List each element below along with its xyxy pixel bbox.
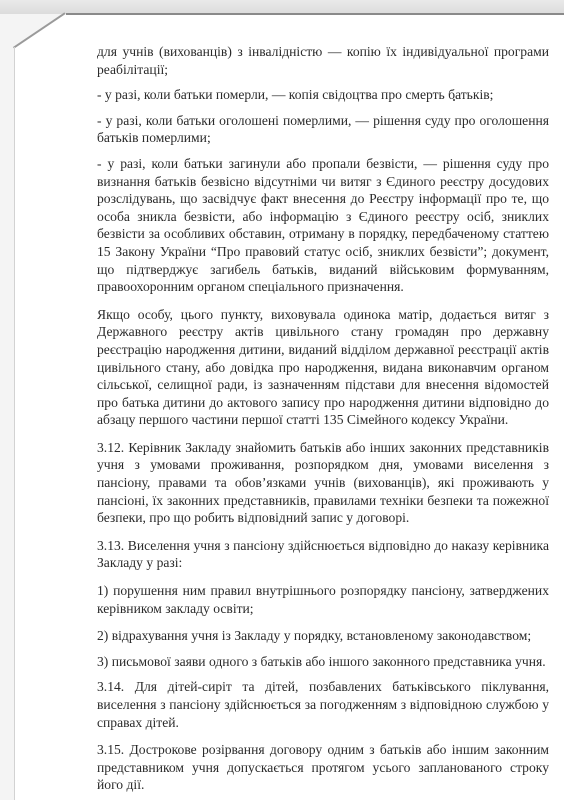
scanner-background bbox=[0, 0, 564, 14]
paragraph-disability-program: для учнів (вихованців) з інвалідністю — … bbox=[97, 43, 549, 78]
paragraph-single-mother: Якщо особу, цього пункту, виховувала оди… bbox=[97, 306, 549, 429]
paragraph-parents-deceased: - у разі, коли батьки померли, — копія с… bbox=[97, 86, 549, 104]
clause-3-14: 3.14. Для дітей-сиріт та дітей, позбавле… bbox=[97, 678, 549, 731]
document-body: для учнів (вихованців) з інвалідністю — … bbox=[97, 43, 549, 800]
clause-3-13-item-3: 3) письмової заяви одного з батьків або … bbox=[97, 653, 549, 671]
clause-3-13-item-1: 1) порушення ним правил внутрішнього роз… bbox=[97, 582, 549, 617]
clause-3-13: 3.13. Виселення учня з пансіону здійснює… bbox=[97, 537, 549, 572]
paragraph-parents-missing: - у разі, коли батьки загинули або пропа… bbox=[97, 155, 549, 296]
paper-left-edge bbox=[14, 47, 15, 800]
paragraph-parents-declared-dead: - у разі, коли батьки оголошені померлим… bbox=[97, 112, 549, 147]
paper-top-edge bbox=[66, 13, 564, 15]
clause-3-13-item-2: 2) відрахування учня із Закладу у порядк… bbox=[97, 627, 549, 645]
clause-3-15: 3.15. Дострокове розірвання договору одн… bbox=[97, 741, 549, 794]
clause-3-12: 3.12. Керівник Закладу знайомить батьків… bbox=[97, 439, 549, 527]
